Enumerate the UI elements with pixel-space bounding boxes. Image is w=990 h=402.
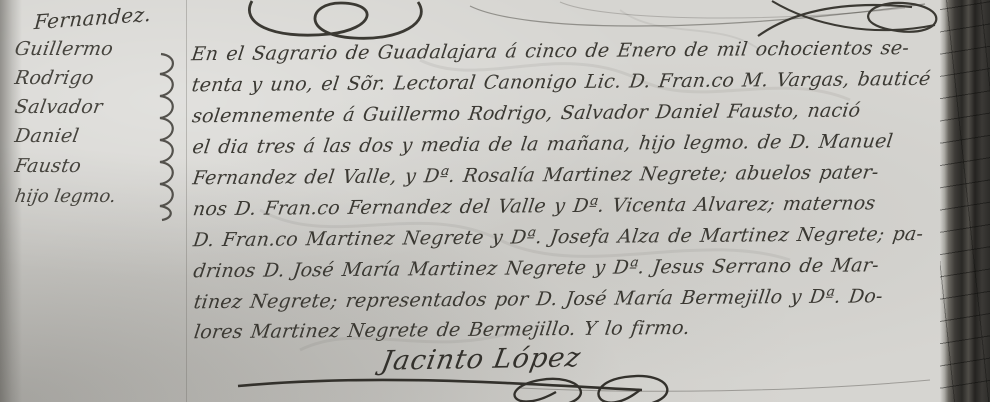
record-line: solemnemente á Guillermo Rodrigo, Salvad…: [191, 99, 946, 128]
margin-name-guillermo: Guillermo: [13, 38, 115, 60]
record-line: tinez Negrete; representados por D. José…: [192, 285, 947, 314]
record-line: tenta y uno, el Sõr. Lectoral Canonigo L…: [191, 68, 946, 97]
record-line: drinos D. José María Martinez Negrete y …: [192, 254, 947, 283]
margin-brace: [147, 52, 179, 222]
signature-flourish: [0, 340, 990, 402]
record-line: D. Fran.co Martinez Negrete y Dª. Josefa…: [192, 223, 947, 252]
record-line: Fernandez del Valle, y Dª. Rosalía Marti…: [191, 161, 946, 190]
margin-name-daniel: Daniel: [13, 125, 80, 147]
record-line: lores Martinez Negrete de Bermejillo. Y …: [193, 315, 948, 344]
record-line: nos D. Fran.co Fernandez del Valle y Dª.…: [192, 192, 947, 221]
book-binding-edge: [940, 0, 990, 402]
baptism-record-page: Fernandez. Guillermo Rodrigo Salvador Da…: [0, 0, 990, 402]
margin-name-rodrigo: Rodrigo: [13, 67, 95, 89]
record-line: el dia tres á las dos y media de la maña…: [191, 130, 946, 159]
margin-name-fausto: Fausto: [13, 155, 83, 177]
margin-name-salvador: Salvador: [13, 96, 104, 118]
record-line: En el Sagrario de Guadalajara á cinco de…: [190, 37, 945, 66]
margin-legitimacy-note: hijo legmo.: [13, 186, 117, 207]
